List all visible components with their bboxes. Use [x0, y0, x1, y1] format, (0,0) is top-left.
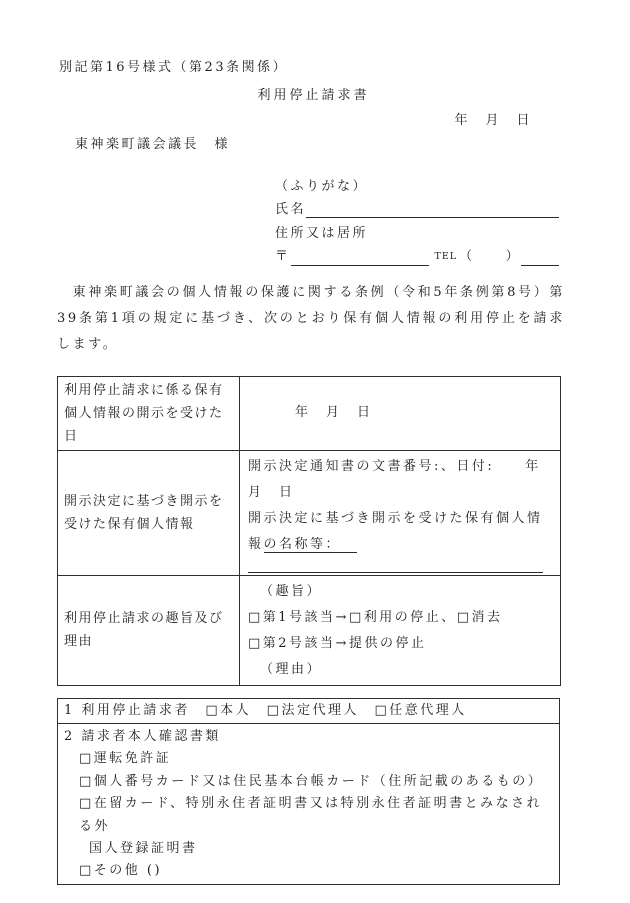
- postal-tel-row: 〒 TEL （ ）: [275, 245, 559, 269]
- table-row: 利用停止請求の趣旨及び理由 （趣旨） □第1号該当→□利用の停止、□消去 □第2…: [58, 575, 561, 685]
- checkbox-residence-card: □在留カード、特別永住者証明書又は特別永住者証明書とみなされる外: [64, 793, 553, 838]
- table-row: 2 請求者本人確認書類 □運転免許証 □個人番号カード又は住民基本台帳カード（住…: [58, 724, 560, 885]
- doc-date-line: 月 日: [248, 480, 552, 506]
- info-name-line: 開示決定に基づき開示を受けた保有個人情報の名称等：: [248, 506, 552, 558]
- reason-heading: （理由）: [248, 657, 552, 683]
- row-label-disclosed-info: 開示決定に基づき開示を受けた保有個人情報: [58, 450, 240, 575]
- identity-docs-heading: 2 請求者本人確認書類: [64, 726, 553, 748]
- purpose-heading: （趣旨）: [248, 579, 552, 605]
- applicant-block: （ふりがな） 氏名 住所又は居所 〒 TEL （ ）: [275, 175, 559, 270]
- date-field: 年 月 日: [57, 111, 570, 131]
- tel-parens: （ ）: [459, 245, 521, 269]
- table-row: 利用停止請求に係る保有個人情報の開示を受けた日 年 月 日: [58, 376, 561, 450]
- postal-blank-line: [291, 245, 429, 265]
- row-value-purpose-reason: （趣旨） □第1号該当→□利用の停止、□消去 □第2号該当→提供の停止 （理由）: [240, 575, 561, 685]
- row-label-purpose-reason: 利用停止請求の趣旨及び理由: [58, 575, 240, 685]
- checkbox-other: □その他 (): [64, 860, 553, 882]
- form-number: 別記第16号様式（第23条関係）: [59, 58, 570, 78]
- tel-label: TEL: [435, 245, 458, 268]
- table-row: 開示決定に基づき開示を受けた保有個人情報 開示決定通知書の文書番号:、日付: 年…: [58, 450, 561, 575]
- tel-blank-line: [521, 245, 559, 265]
- row-label-disclosure-date: 利用停止請求に係る保有個人情報の開示を受けた日: [58, 376, 240, 450]
- doc-number-line: 開示決定通知書の文書番号:、日付: 年: [248, 454, 552, 480]
- name-blank-line: [306, 198, 559, 217]
- requester-type-row: 1 利用停止請求者 □本人 □法定代理人 □任意代理人: [58, 698, 560, 723]
- entry-blank-line: [248, 558, 543, 573]
- form-document-page: 別記第16号様式（第23条関係） 利用停止請求書 年 月 日 東神楽町議会議長 …: [0, 0, 630, 903]
- form-content: 別記第16号様式（第23条関係） 利用停止請求書 年 月 日 東神楽町議会議長 …: [0, 0, 630, 885]
- residence-card-wrap-line: 国人登録証明書: [64, 838, 553, 860]
- name-field-label: 氏名: [275, 198, 306, 221]
- body-paragraph: 東神楽町議会の個人情報の保護に関する条例（令和5年条例第8号）第39条第1項の規…: [57, 280, 565, 358]
- identity-documents-cell: 2 請求者本人確認書類 □運転免許証 □個人番号カード又は住民基本台帳カード（住…: [58, 724, 560, 885]
- checkbox-drivers-license: □運転免許証: [64, 748, 553, 770]
- request-detail-table: 利用停止請求に係る保有個人情報の開示を受けた日 年 月 日 開示決定に基づき開示…: [57, 376, 561, 686]
- info-name-underlined: の名称等：: [264, 537, 358, 553]
- addressee: 東神楽町議会議長 様: [75, 135, 570, 155]
- checkbox-line-item2: □第2号該当→提供の停止: [248, 631, 552, 657]
- table-row: 1 利用停止請求者 □本人 □法定代理人 □任意代理人: [58, 698, 560, 723]
- requester-info-table: 1 利用停止請求者 □本人 □法定代理人 □任意代理人 2 請求者本人確認書類 …: [57, 698, 560, 885]
- row-value-disclosure-date: 年 月 日: [240, 376, 561, 450]
- address-label: 住所又は居所: [275, 222, 559, 245]
- checkbox-line-item1: □第1号該当→□利用の停止、□消去: [248, 605, 552, 631]
- furigana-label: （ふりがな）: [275, 175, 559, 198]
- name-row: 氏名: [275, 198, 559, 221]
- postal-mark: 〒: [275, 245, 291, 269]
- row-value-disclosed-info: 開示決定通知書の文書番号:、日付: 年 月 日 開示決定に基づき開示を受けた保有…: [240, 450, 561, 575]
- page-title: 利用停止請求書: [57, 86, 570, 106]
- checkbox-mynumber-card: □個人番号カード又は住民基本台帳カード（住所記載のあるもの）: [64, 771, 553, 793]
